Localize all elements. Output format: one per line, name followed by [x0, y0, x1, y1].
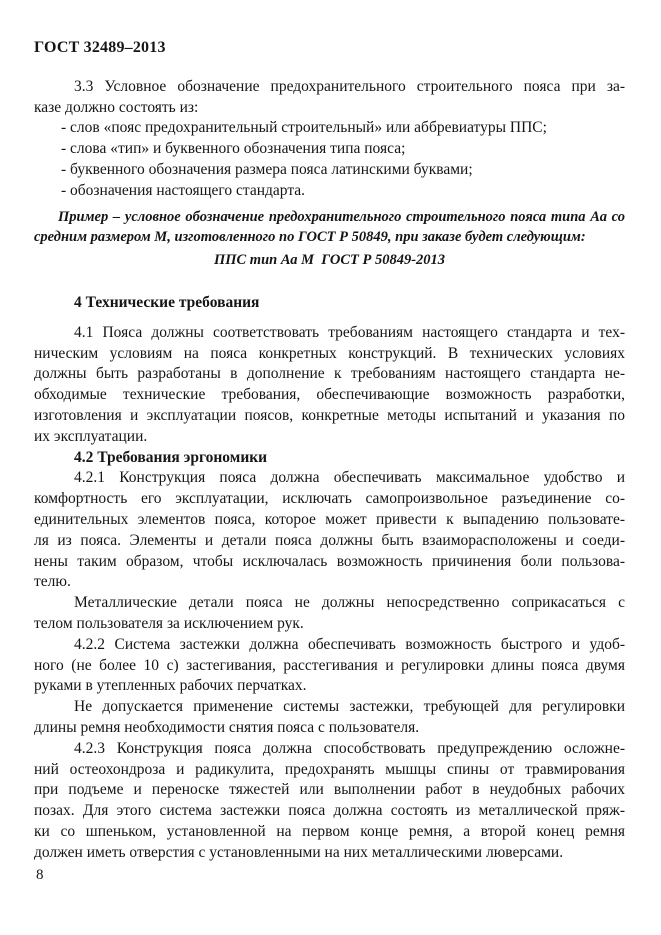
text-line: 4.1 Пояса должны соответствовать требова…	[34, 323, 625, 344]
clause-3-3: 3.3 Условное обозначение предохранительн…	[34, 77, 625, 119]
text-line: Металлические детали пояса не должны неп…	[34, 593, 625, 614]
text-line: их эксплуатации.	[34, 427, 625, 448]
text-line: ний остеохондроза и радикулита, предохра…	[34, 760, 625, 781]
text-line: 4.2.1 Конструкция пояса должна обеспечив…	[34, 468, 625, 489]
example-designation: ППС тип Аа М ГОСТ Р 50849-2013	[34, 250, 625, 271]
text-line: при подъеме и переноске тяжестей или вып…	[34, 780, 625, 801]
text-line: 3.3 Условное обозначение предохранительн…	[34, 77, 625, 98]
text-line: казе должно состоять из:	[34, 98, 625, 119]
text-line: руками в утепленных рабочих перчатках.	[34, 676, 625, 697]
clause-4-2-2-para2: Не допускается применение системы застеж…	[34, 697, 625, 739]
text-line: позах. Для этого система застежки пояса …	[34, 801, 625, 822]
list-item: - слов «пояс предохранительный строитель…	[34, 118, 625, 139]
list-item: - буквенного обозначения размера пояса л…	[34, 160, 625, 181]
clause-4-2-3: 4.2.3 Конструкция пояса должна способств…	[34, 739, 625, 864]
clause-4-2-1-para2: Металлические детали пояса не должны неп…	[34, 593, 625, 635]
clause-4-2-1: 4.2.1 Конструкция пояса должна обеспечив…	[34, 468, 625, 593]
text-line: длины ремня необходимости снятия пояса с…	[34, 718, 625, 739]
text-line: ного (не более 10 с) застегивания, расст…	[34, 656, 625, 677]
example-block: Пример – условное обозначение предохрани…	[34, 207, 625, 271]
text-line: 4.2.2 Система застежки должна обеспечива…	[34, 635, 625, 656]
text-line: должен иметь отверстия с установленными …	[34, 843, 625, 864]
designation-components-list: - слов «пояс предохранительный строитель…	[34, 118, 625, 201]
text-line: обходимые технические требования, обеспе…	[34, 385, 625, 406]
text-line: телом пользователя за исключением рук.	[34, 614, 625, 635]
text-line: Не допускается применение системы застеж…	[34, 697, 625, 718]
text-line: телю.	[34, 572, 625, 593]
text-line: единительных элементов пояса, которое мо…	[34, 510, 625, 531]
text-line: нены таким образом, чтобы исключалась во…	[34, 552, 625, 573]
page-number: 8	[34, 865, 625, 886]
list-item: - обозначения настоящего стандарта.	[34, 181, 625, 202]
text-line: Пример – условное обозначение предохрани…	[34, 207, 625, 228]
text-line: ля из пояса. Элементы и детали пояса дол…	[34, 531, 625, 552]
list-item: - слова «тип» и буквенного обозначения т…	[34, 139, 625, 160]
section-heading-4-2: 4.2 Требования эргономики	[34, 448, 625, 469]
text-line: должны быть разработаны в дополнение к т…	[34, 364, 625, 385]
clause-4-1: 4.1 Пояса должны соответствовать требова…	[34, 323, 625, 448]
running-header: ГОСТ 32489–2013	[34, 38, 625, 59]
text-line: средним размером М, изготовленного по ГО…	[34, 227, 625, 248]
text-line: ки со шпеньком, установленной на первом …	[34, 822, 625, 843]
clause-4-2-2: 4.2.2 Система застежки должна обеспечива…	[34, 635, 625, 697]
text-line: комфортность его эксплуатации, исключать…	[34, 489, 625, 510]
text-line: изготовления и эксплуатации поясов, конк…	[34, 406, 625, 427]
section-heading-4: 4 Технические требования	[34, 293, 625, 314]
text-line: 4.2.3 Конструкция пояса должна способств…	[34, 739, 625, 760]
document-page: ГОСТ 32489–2013 3.3 Условное обозначение…	[0, 0, 661, 935]
text-line: ническим условиям на пояса конкретных ко…	[34, 344, 625, 365]
